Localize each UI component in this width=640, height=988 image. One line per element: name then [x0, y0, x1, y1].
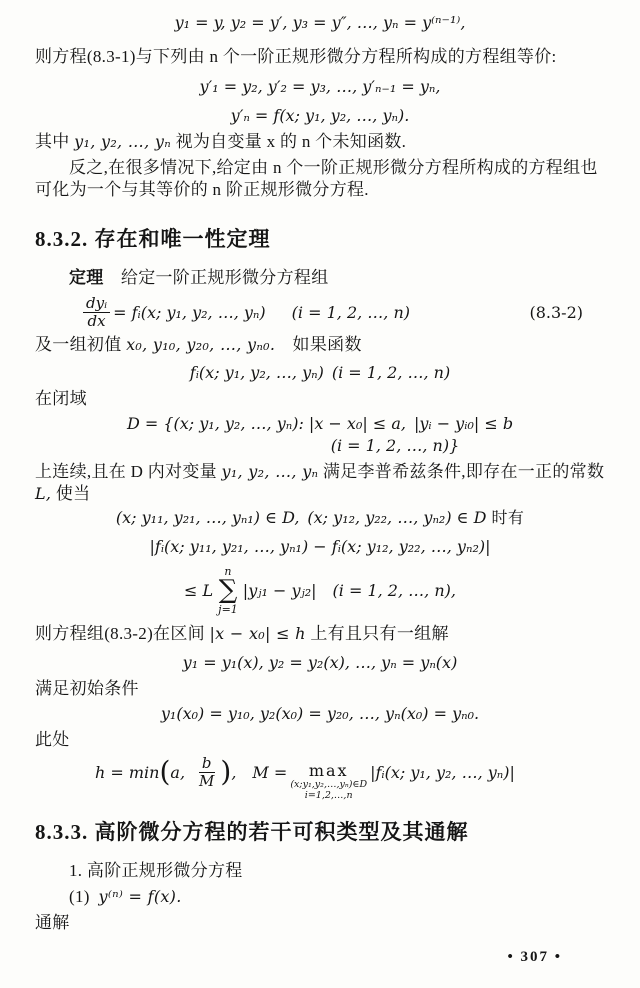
page-number: • 307 •	[507, 949, 562, 966]
formula-lipschitz-sum: ≤ L n∑j=1 |yⱼ₁ − yⱼ₂| (i = 1, 2, …, n),	[35, 566, 605, 615]
formula-system-line1: y′₁ = y₂, y′₂ = y₃, …, y′ₙ₋₁ = yₙ,	[35, 76, 605, 98]
equation-number-label: (8.3-2)	[529, 302, 583, 324]
para-closed-domain: 在闭域	[35, 388, 605, 410]
formula-fi-functions: fᵢ(x; y₁, y₂, …, yₙ) (i = 1, 2, …, n)	[35, 362, 605, 384]
para-unknown-functions: 其中 y₁, y₂, …, yₙ 视为自变量 x 的 n 个未知函数.	[35, 131, 605, 153]
math-segment: y⁽ⁿ⁾ = f(x).	[99, 887, 182, 906]
math-segment: |x − x₀| ≤ h	[209, 624, 305, 643]
fraction-numerator: dyᵢ	[83, 295, 110, 313]
formula-system-line2: y′ₙ = f(x; y₁, y₂, …, yₙ).	[35, 105, 605, 127]
para-general-solution-label: 通解	[35, 912, 605, 934]
para-lipschitz-1: 上连续,且在 D 内对变量 y₁, y₂, …, yₙ 满足李普希兹条件,即存在…	[35, 461, 605, 483]
summation-lower-limit: j=1	[218, 604, 238, 615]
inequality-lhs: ≤ L	[184, 580, 213, 602]
equation-8-3-2: dyᵢdx = fᵢ(x; y₁, y₂, …, yₙ) (i = 1, 2, …	[35, 295, 605, 330]
text-segment: 如果函数	[275, 335, 362, 354]
text-segment: 其中	[35, 132, 74, 151]
para-initial-condition-label: 满足初始条件	[35, 678, 605, 700]
summation-symbol: n∑j=1	[218, 566, 238, 615]
text-segment: 时有	[492, 508, 525, 527]
math-segment: y₁, y₂, …, yₙ	[74, 132, 171, 151]
para-here-label: 此处	[35, 729, 605, 751]
formula-initial-conditions: y₁(x₀) = y₁₀, y₂(x₀) = y₂₀, …, yₙ(x₀) = …	[35, 703, 605, 725]
math-segment: fᵢ(x; y₁, y₂, …, yₙ)	[190, 363, 324, 382]
formula-y-substitution: y₁ = y, y₂ = y′, y₃ = y″, …, yₙ = y⁽ⁿ⁻¹⁾…	[35, 12, 605, 34]
text-segment: 视为自变量 x 的 n 个未知函数.	[171, 132, 406, 151]
text-segment: 及一组初值	[35, 335, 126, 354]
item-number: (1)	[69, 887, 99, 906]
formula-h-m-definition: h = min ( a, bM ) , M = max(x;y₁,y₂,…,yₙ…	[95, 753, 605, 792]
formula-solution-set: y₁ = y₁(x), y₂ = y₂(x), …, yₙ = yₙ(x)	[35, 652, 605, 674]
equation-index-condition: (i = 1, 2, …, n)	[292, 302, 410, 324]
para-item-1: 1. 高阶正规形微分方程	[35, 860, 605, 882]
fraction-denominator: dx	[85, 313, 109, 330]
formula-domain-d-line1: D = {(x; y₁, y₂, …, yₙ): |x − x₀| ≤ a, |…	[35, 413, 605, 435]
formula-points-in-d: (x; y₁₁, y₂₁, …, yₙ₁) ∈ D, (x; y₁₂, y₂₂,…	[35, 507, 605, 529]
para-theorem: 定理 给定一阶正规形微分方程组	[35, 267, 605, 289]
text-segment: 上有且只有一组解	[306, 624, 449, 643]
min-arg-a: a,	[170, 762, 193, 784]
text-segment: 上连续,且在 D 内对变量	[35, 462, 221, 481]
math-segment: (x; y₁₁, y₂₁, …, yₙ₁) ∈ D, (x; y₁₂, y₂₂,…	[116, 508, 492, 527]
heading-8-3-2: 8.3.2. 存在和唯一性定理	[35, 225, 605, 253]
formula-f-difference: |fᵢ(x; y₁₁, y₂₁, …, yₙ₁) − fᵢ(x; y₁₂, y₂…	[35, 536, 605, 558]
para-converse: 反之,在很多情况下,给定由 n 个一阶正规形微分方程所构成的方程组也可化为一个与…	[35, 157, 605, 201]
math-segment: x₀, y₁₀, y₂₀, …, yₙ₀.	[126, 335, 275, 354]
right-paren: )	[220, 758, 231, 786]
text-block: y₁ = y, y₂ = y′, y₃ = y″, …, yₙ = y⁽ⁿ⁻¹⁾…	[0, 0, 640, 934]
max-body: |fᵢ(x; y₁, y₂, …, yₙ)|	[370, 762, 515, 784]
theorem-text: 给定一阶正规形微分方程组	[104, 268, 329, 287]
text-segment: 则方程组(8.3-2)在区间	[35, 624, 209, 643]
math-segment: y₁, y₂, …, yₙ	[221, 462, 318, 481]
theorem-label: 定理	[69, 268, 104, 287]
text-segment: 使当	[51, 484, 90, 503]
h-min-lhs: h = min	[95, 762, 159, 784]
para-lipschitz-2: L, 使当	[35, 483, 605, 505]
index-condition: (i = 1, 2, …, n),	[317, 580, 456, 602]
max-subscript-index: i=1,2,…,n	[305, 790, 353, 801]
fraction-dyi-dx: dyᵢdx	[83, 295, 110, 330]
fraction-numerator: b	[199, 755, 215, 773]
m-equals: , M =	[231, 762, 287, 784]
para-unique-solution: 则方程组(8.3-2)在区间 |x − x₀| ≤ h 上有且只有一组解	[35, 623, 605, 645]
max-subscript-domain: (x;y₁,y₂,…,yₙ)∈D	[290, 779, 367, 790]
heading-8-3-3: 8.3.3. 高阶微分方程的若干可积类型及其通解	[35, 818, 605, 846]
para-equivalence-intro: 则方程(8.3-1)与下列由 n 个一阶正规形微分方程所构成的方程组等价:	[35, 46, 605, 68]
formula-domain-d-line2: (i = 1, 2, …, n)}	[35, 435, 605, 457]
math-segment: (i = 1, 2, …, n)	[324, 363, 450, 382]
max-label: max	[309, 762, 349, 779]
equation-rhs: = fᵢ(x; y₁, y₂, …, yₙ)	[113, 302, 266, 324]
math-segment: L,	[35, 484, 51, 503]
left-paren: (	[159, 758, 170, 786]
para-initial-values: 及一组初值 x₀, y₁₀, y₂₀, …, yₙ₀. 如果函数	[35, 334, 605, 356]
sigma-glyph: ∑	[219, 577, 238, 604]
max-operator: max(x;y₁,y₂,…,yₙ)∈Di=1,2,…,n	[290, 762, 367, 801]
fraction-denominator: M	[196, 773, 217, 790]
para-equation-type-1: (1) y⁽ⁿ⁾ = f(x).	[35, 886, 605, 908]
scanned-book-page: y₁ = y, y₂ = y′, y₃ = y″, …, yₙ = y⁽ⁿ⁻¹⁾…	[0, 0, 640, 988]
summation-body: |yⱼ₁ − yⱼ₂|	[243, 580, 317, 602]
fraction-b-m: bM	[196, 755, 217, 790]
text-segment: 满足李普希兹条件,即存在一正的常数	[318, 462, 604, 481]
